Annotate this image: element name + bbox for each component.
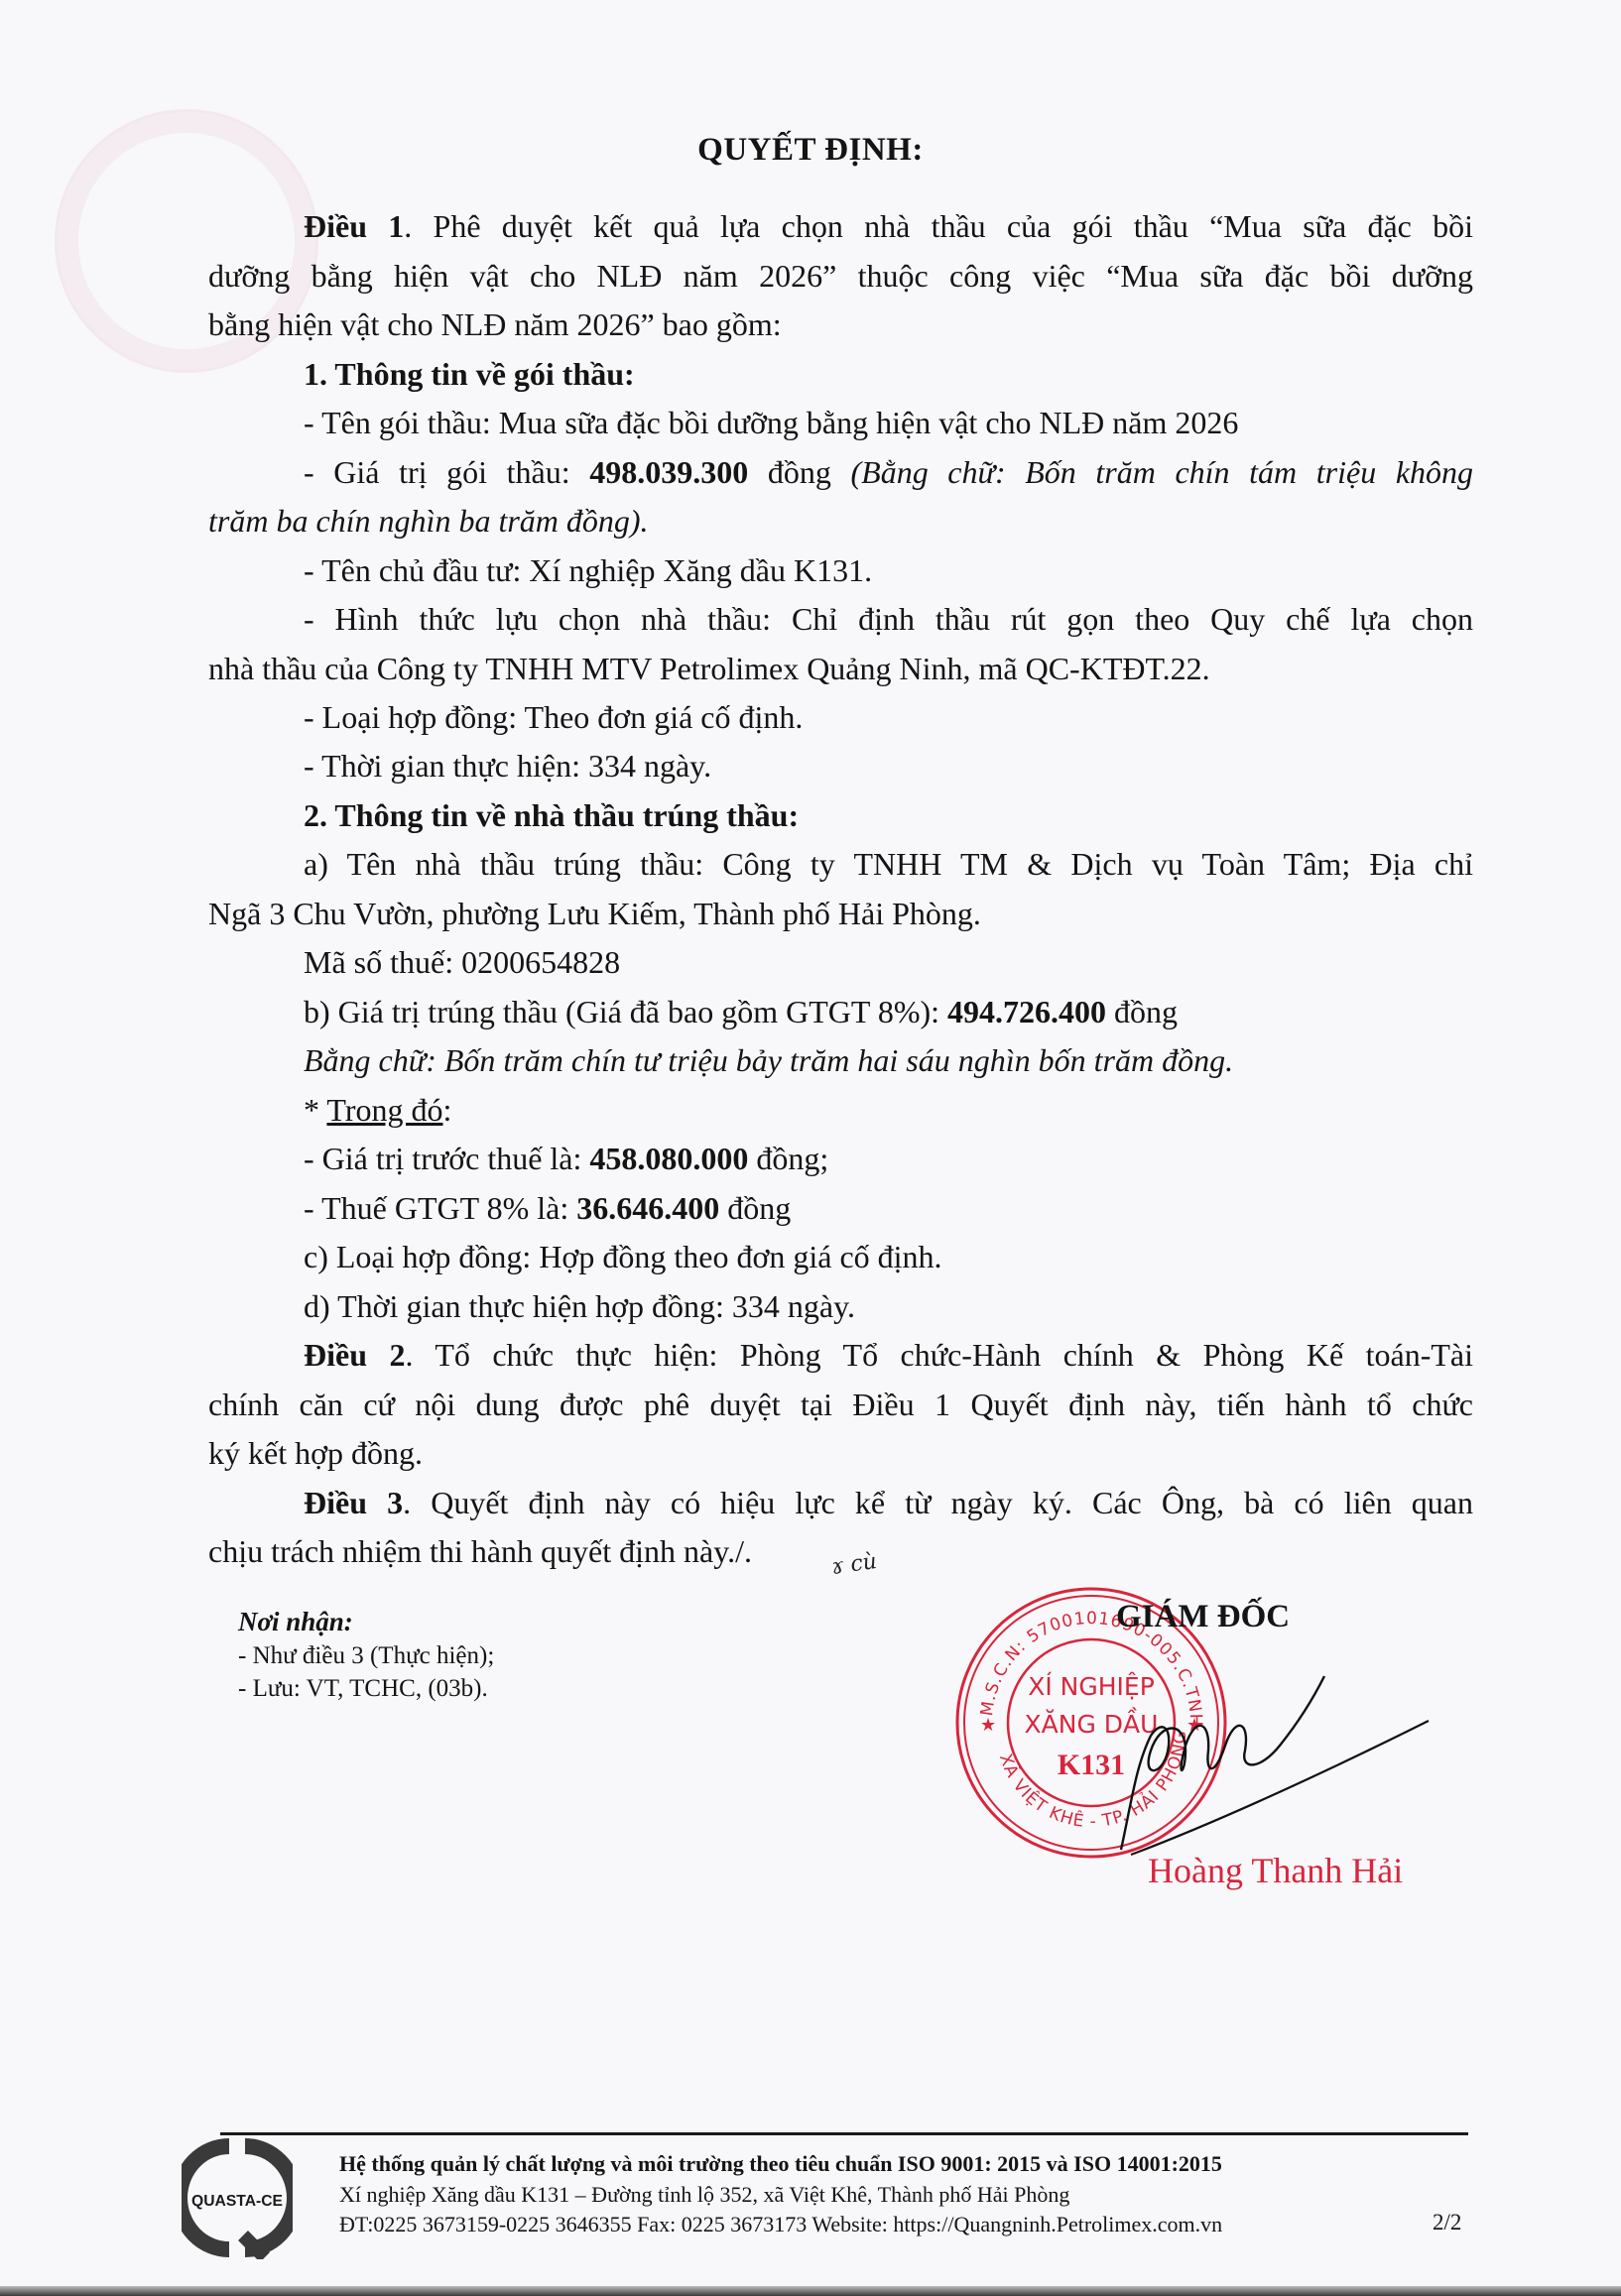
article-2-line-3: ký kết hợp đồng. <box>208 1433 1473 1473</box>
of-which-label: * Trong đó: <box>304 1090 1473 1130</box>
vat-value: - Thuế GTGT 8% là: 36.646.400 đồng <box>304 1188 1473 1228</box>
pre-tax-amount: 458.080.000 <box>589 1141 748 1176</box>
quasta-ce-logo: QUASTA-CE <box>182 2138 293 2259</box>
article-1-label: Điều 1 <box>304 208 404 244</box>
selection-method-line-1: - Hình thức lựu chọn nhà thầu: Chỉ định … <box>304 599 1473 639</box>
contract-time: d) Thời gian thực hiện hợp đồng: 334 ngà… <box>304 1286 1473 1326</box>
winner-name-line-1: a) Tên nhà thầu trúng thầu: Công ty TNHH… <box>304 844 1473 884</box>
selection-method-line-2: nhà thầu của Công ty TNHH MTV Petrolimex… <box>208 649 1473 688</box>
winning-value-amount: 494.726.400 <box>947 994 1106 1029</box>
winner-name-line-2: Ngã 3 Chu Vườn, phường Lưu Kiếm, Thành p… <box>208 894 1473 933</box>
svg-text:★: ★ <box>980 1715 996 1736</box>
decision-title: QUYẾT ĐỊNH: <box>0 132 1621 169</box>
document-page: QUYẾT ĐỊNH: Điều 1. Phê duyệt kết quả lự… <box>0 0 1621 2296</box>
handwritten-signature <box>1091 1666 1438 1865</box>
footer-contact: ĐT:0225 3673159-0225 3646355 Fax: 0225 3… <box>339 2211 1222 2238</box>
recipient-item: - Lưu: VT, TCHC, (03b). <box>238 1674 488 1704</box>
director-title: GIÁM ĐỐC <box>1116 1599 1290 1635</box>
article-1-line-1: Điều 1. Phê duyệt kết quả lựa chọn nhà t… <box>304 206 1473 246</box>
article-3-line-1: Điều 3. Quyết định này có hiệu lực kể từ… <box>304 1483 1473 1522</box>
section-2-heading: 2. Thông tin về nhà thầu trúng thầu: <box>304 795 1473 835</box>
vat-amount: 36.646.400 <box>576 1190 719 1226</box>
execution-time: - Thời gian thực hiện: 334 ngày. <box>304 746 1473 785</box>
article-2-label: Điều 2 <box>304 1337 405 1373</box>
package-value-amount: 498.039.300 <box>589 454 748 490</box>
recipient-item: - Như điều 3 (Thực hiện); <box>238 1641 494 1671</box>
section-1-heading: 1. Thông tin về gói thầu: <box>304 354 1473 394</box>
scan-edge <box>0 2286 1621 2296</box>
pre-tax-value: - Giá trị trước thuế là: 458.080.000 đồn… <box>304 1139 1473 1178</box>
contract-type-2: c) Loại hợp đồng: Hợp đồng theo đơn giá … <box>304 1237 1473 1276</box>
recipients-heading: Nơi nhận: <box>238 1607 353 1636</box>
footer-address: Xí nghiệp Xăng dầu K131 – Đường tỉnh lộ … <box>339 2181 1069 2209</box>
handwritten-initials: ɤ cù <box>829 1549 878 1580</box>
tax-code: Mã số thuế: 0200654828 <box>304 942 1473 982</box>
article-3-label: Điều 3 <box>304 1485 403 1520</box>
winning-value: b) Giá trị trúng thầu (Giá đã bao gồm GT… <box>304 992 1473 1031</box>
page-number: 2/2 <box>1433 2210 1461 2236</box>
footer-iso-line: Hệ thống quản lý chất lượng và môi trườn… <box>339 2150 1222 2178</box>
article-1-line-3: bằng hiện vật cho NLĐ năm 2026” bao gồm: <box>208 304 1473 344</box>
svg-text:QUASTA-CE: QUASTA-CE <box>191 2193 283 2210</box>
article-1-line-2: dưỡng bằng hiện vật cho NLĐ năm 2026” th… <box>208 256 1473 296</box>
package-value-line-2: trăm ba chín nghìn ba trăm đồng). <box>208 501 1473 541</box>
article-2-line-2: chính căn cứ nội dung được phê duyệt tại… <box>208 1385 1473 1424</box>
winning-value-words: Bằng chữ: Bốn trăm chín tư triệu bảy tră… <box>304 1040 1473 1080</box>
package-value-line-1: - Giá trị gói thầu: 498.039.300 đồng (Bằ… <box>304 452 1473 492</box>
contract-type: - Loại hợp đồng: Theo đơn giá cố định. <box>304 697 1473 737</box>
article-2-line-1: Điều 2. Tổ chức thực hiện: Phòng Tổ chức… <box>304 1335 1473 1375</box>
package-name: - Tên gói thầu: Mua sữa đặc bồi dưỡng bằ… <box>304 403 1473 442</box>
investor-name: - Tên chủ đầu tư: Xí nghiệp Xăng dầu K13… <box>304 550 1473 590</box>
footer-divider <box>220 2132 1468 2135</box>
